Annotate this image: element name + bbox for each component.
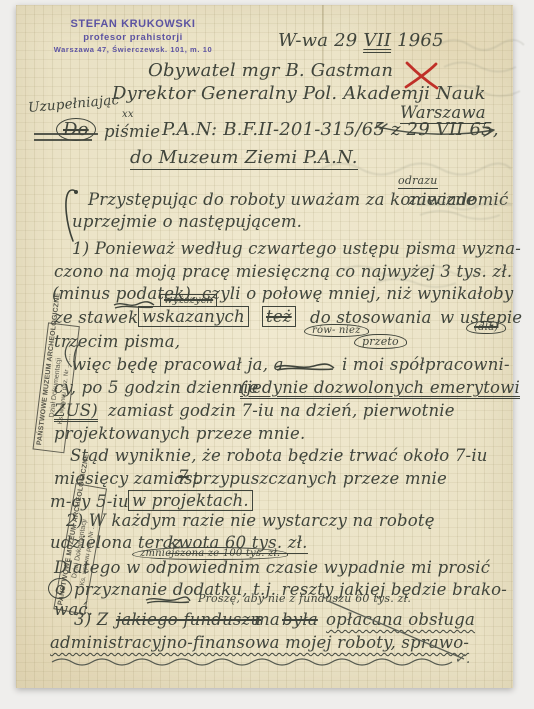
footnote-mark: xx [122,109,134,121]
boxed-tez: też [262,306,296,327]
diagonal-pencil-stroke [314,599,474,671]
struck-word-scribble [274,362,336,372]
letterhead-stamp: STEFAN KRUKOWSKI profesor prahistorji Wa… [38,17,228,55]
struck-do: Do [56,118,96,141]
letter-paper: STEFAN KRUKOWSKI profesor prahistorji Wa… [16,5,513,688]
date-line: W-wa 29 VII 1965 [278,31,444,52]
scanned-letter: STEFAN KRUKOWSKI profesor prahistorji Wa… [0,0,534,709]
p2-line2b: przypuszczanych przeze mnie [192,470,447,489]
margin-note: Uzupełniając [27,93,119,116]
reference-word: piśmie [104,123,160,142]
date-place: W-wa 29 [278,30,357,51]
insert-przeto: przeto [354,334,407,349]
p3-line3: Dlatego w odpowiednim czasie wypadnie mi… [54,559,490,578]
stamp-number-scribble [56,341,86,367]
letterhead-name: STEFAN KRUKOWSKI [38,17,228,32]
body-intro2: uprzejmie o następującem. [72,213,302,232]
p1-line8b: zamiast godzin 7-iu na dzień, pierwotnie [108,402,455,421]
ink-bleedthrough-1 [434,33,529,113]
insert-dla: (dla) [466,321,506,334]
struck-byla: była [282,610,318,629]
p1-line7a: cy, po 5 godzin dziennie [54,379,259,398]
p2-line1: Stąd wyniknie, że robota będzie trwać ok… [70,447,488,466]
struck-insert-scribble-2 [144,595,192,605]
ink-bleedthrough-3 [412,193,522,223]
date-month: VII [363,30,391,53]
p4-line1b: ma [254,611,280,630]
letterhead-title: profesor prahistorji [38,32,228,45]
p1-line7b: (jedynie dozwolonych emerytowi [240,378,520,399]
boxed-wskazanych: wskazanych [138,306,249,327]
ink-bleedthrough-2 [316,155,516,181]
struck-jakiego-funduszu: jakiego funduszu [116,610,261,629]
p4-line1a: 3) Z [74,611,108,630]
reference-number: P.A.N: B.F.II-201-315/65 z 29 VII 65, [162,120,499,141]
recipient-line1: Obywatel mgr B. Gastman [148,61,393,82]
p1-line6a: więc będę pracował ja, a [72,356,284,375]
p1-line6b: i moi spółpracowni- [342,356,510,375]
struck-seven: 7 [178,467,189,486]
p3-line1: 2) W każdym razie nie wystarczy na robot… [66,512,435,531]
recipient-line2: Dyrektor Generalny Pol. Akademji Nauk [112,84,486,105]
letterhead-address: Warszawa 47, Świerczewsk. 101, m. 10 [38,45,228,55]
boxed-w-projektach: w projektach. [128,490,253,511]
check-mark: ✓. [454,651,471,667]
p1-line9: projektowanych przeze mnie. [54,425,305,444]
ink-bleedthrough-4 [336,257,516,287]
